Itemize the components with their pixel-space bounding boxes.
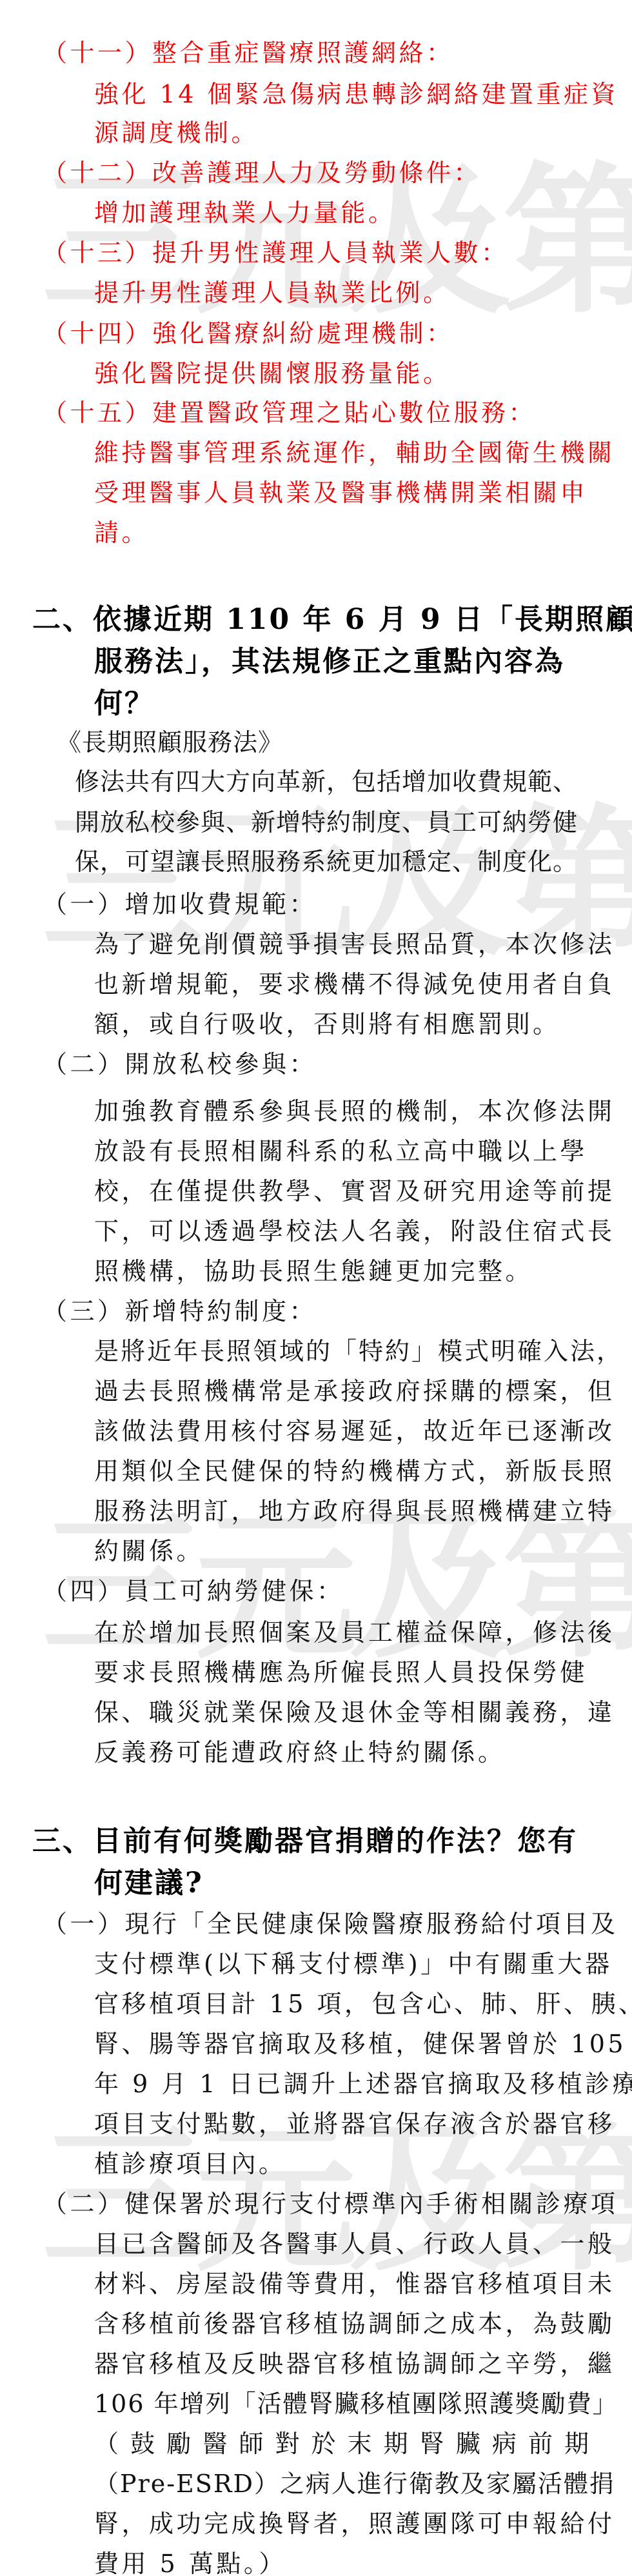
item-body-line: 用類似全民健保的特約機構方式，新版長照 bbox=[94, 1456, 615, 1486]
question-line: 何？ bbox=[94, 689, 155, 718]
item-title: 強化醫療糾紛處理機制： bbox=[152, 319, 454, 348]
question-line: 依據近期 110 年 6 月 9 日「長期照顧 bbox=[93, 603, 632, 636]
section-heading: 二、依據近期 110 年 6 月 9 日「長期照顧 bbox=[32, 605, 632, 635]
item-body-line: 是將近年長照領域的「特約」模式明確入法， bbox=[94, 1336, 623, 1366]
item-body-line: 提升男性護理人員執業比例。 bbox=[94, 278, 451, 308]
item-marker: （四） bbox=[43, 1577, 125, 1605]
item-body-line: 強化醫院提供關懷服務量能。 bbox=[94, 359, 451, 388]
item-heading: （十四）強化醫療糾紛處理機制： bbox=[43, 319, 454, 348]
item-marker: （一） bbox=[43, 1910, 125, 1938]
section-number: 三、 bbox=[32, 1825, 93, 1858]
intro-line: 保，可望讓長照服務系統更加穩定、制度化。 bbox=[75, 847, 578, 877]
intro-line: 修法共有四大方向革新，包括增加收費規範、 bbox=[75, 767, 578, 797]
item-body-line: 受理醫事人員執業及醫事機構開業相關申 bbox=[94, 478, 588, 508]
item-heading: （一）增加收費規範： bbox=[43, 889, 317, 919]
item-marker: （十一） bbox=[43, 39, 152, 67]
item-body-line: 反義務可能遭政府終止特約關係。 bbox=[94, 1738, 506, 1767]
item-heading: （四）員工可納勞健保： bbox=[43, 1576, 344, 1606]
item-marker: （十四） bbox=[43, 319, 152, 348]
item-heading: （十一）整合重症醫療照護網絡： bbox=[43, 38, 454, 68]
item-body-line: 下，可以透過學校法人名義，附設住宿式長 bbox=[94, 1216, 615, 1246]
item-body-line: 要求長照機構應為所僱長照人員投保勞健 bbox=[94, 1658, 588, 1687]
item-line: 現行「全民健康保險醫療服務給付項目及 bbox=[125, 1910, 618, 1938]
item-line: 支付標準(以下稱支付標準)」中有關重大器 bbox=[94, 1949, 613, 1979]
item-body-line: 服務法明訂，地方政府得與長照機構建立特 bbox=[94, 1496, 615, 1526]
item-title: 員工可納勞健保： bbox=[125, 1577, 344, 1605]
section-number: 二、 bbox=[32, 603, 93, 636]
item-body-line: 過去長照機構常是承接政府採購的標案，但 bbox=[94, 1376, 615, 1406]
item-body-line: 維持醫事管理系統運作，輔助全國衛生機關 bbox=[94, 438, 615, 468]
item-line: 年 9 月 1 日已調升上述器官摘取及移植診療 bbox=[94, 2069, 632, 2099]
item-heading: （三）新增特約制度： bbox=[43, 1296, 317, 1326]
intro-line: 開放私校參與、新增特約制度、員工可納勞健 bbox=[75, 807, 578, 837]
item-title: 新增特約制度： bbox=[125, 1297, 317, 1325]
item-body-line: 為了避免削價競爭損害長照品質，本次修法 bbox=[94, 929, 615, 959]
item-body-line: 強化 14 個緊急傷病患轉診網絡建置重症資 bbox=[94, 79, 618, 109]
item-marker: （二） bbox=[43, 1050, 125, 1078]
item-body-line: 照機構，協助長照生態鏈更加完整。 bbox=[94, 1256, 533, 1286]
item-heading: （十二）改善護理人力及勞動條件： bbox=[43, 158, 481, 188]
item-title: 開放私校參與： bbox=[125, 1050, 317, 1078]
item-title: 整合重症醫療照護網絡： bbox=[152, 39, 454, 67]
item-body-line: 該做法費用核付容易遲延，故近年已逐漸改 bbox=[94, 1416, 615, 1446]
item-line: （Pre-ESRD）之病人進行衛教及家屬活體捐 bbox=[94, 2469, 615, 2499]
item-body-line: 約關係。 bbox=[94, 1536, 204, 1566]
item-body-line: 校，在僅提供教學、實習及研究用途等前提 bbox=[94, 1176, 615, 1206]
item-line: 106 年增列「活體腎臟移植團隊照護獎勵費」 bbox=[94, 2389, 618, 2419]
item-line: 目已含醫師及各醫事人員、行政人員、一般 bbox=[94, 2229, 615, 2259]
item-line: 器官移植及反映器官移植協調師之辛勞，繼 bbox=[94, 2349, 615, 2379]
item-paragraph-first-line: （一）現行「全民健康保險醫療服務給付項目及 bbox=[43, 1909, 618, 1939]
item-marker: （十二） bbox=[43, 159, 152, 187]
item-line: 材料、房屋設備等費用，惟器官移植項目未 bbox=[94, 2269, 615, 2299]
item-line: 項目支付點數，並將器官保存液含於器官移 bbox=[94, 2109, 615, 2139]
question-line: 何建議? bbox=[94, 1868, 204, 1898]
item-marker: （二） bbox=[43, 2190, 125, 2218]
item-marker: （十五） bbox=[43, 399, 152, 427]
item-body-line: 在於增加長照個案及員工權益保障，修法後 bbox=[94, 1618, 615, 1647]
item-title: 提升男性護理人員執業人數： bbox=[152, 239, 509, 267]
item-heading: （二）開放私校參與： bbox=[43, 1049, 317, 1079]
item-line: 官移植項目計 15 項，包含心、肺、肝、胰、 bbox=[94, 1989, 632, 2019]
watermark-char: 第 bbox=[502, 158, 632, 326]
item-body-line: 請。 bbox=[94, 518, 149, 548]
item-marker: （十三） bbox=[43, 239, 152, 267]
item-body-line: 保、職災就業保險及退休金等相關義務，違 bbox=[94, 1698, 615, 1727]
item-title: 改善護理人力及勞動條件： bbox=[152, 159, 481, 187]
item-line: 植診療項目內。 bbox=[94, 2149, 286, 2179]
item-heading: （十五）建置醫政管理之貼心數位服務： bbox=[43, 398, 536, 428]
item-body-line: 增加護理執業人力量能。 bbox=[94, 198, 396, 228]
item-line: （ 鼓 勵 醫 師 對 於 末 期 腎 臟 病 前 期 bbox=[94, 2429, 591, 2459]
question-line: 服務法」，其法規修正之重點內容為 bbox=[94, 647, 565, 677]
item-line: 含移植前後器官移植協調師之成本，為鼓勵 bbox=[94, 2309, 615, 2339]
item-body-line: 額，或自行吸收，否則將有相應罰則。 bbox=[94, 1009, 560, 1039]
item-body-line: 也新增規範，要求機構不得減免使用者自負 bbox=[94, 969, 615, 999]
section-heading: 三、目前有何獎勵器官捐贈的作法？您有 bbox=[32, 1827, 578, 1856]
item-body-line: 加強教育體系參與長照的機制，本次修法開 bbox=[94, 1096, 615, 1126]
item-line: 腎、腸等器官摘取及移植，健保署曾於 105 bbox=[94, 2029, 626, 2059]
item-marker: （三） bbox=[43, 1297, 125, 1325]
source-citation: 《長期照顧服務法》 bbox=[57, 728, 283, 757]
item-paragraph-first-line: （二）健保署於現行支付標準內手術相關診療項 bbox=[43, 2189, 618, 2219]
item-title: 增加收費規範： bbox=[125, 890, 317, 918]
item-line: 健保署於現行支付標準內手術相關診療項 bbox=[125, 2190, 618, 2218]
item-body-line: 源調度機制。 bbox=[94, 118, 259, 148]
item-line: 費用 5 萬點。） bbox=[94, 2549, 286, 2576]
item-line: 腎，成功完成換腎者，照護團隊可申報給付 bbox=[94, 2509, 615, 2539]
question-line: 目前有何獎勵器官捐贈的作法？您有 bbox=[93, 1825, 578, 1858]
item-body-line: 放設有長照相關科系的私立高中職以上學 bbox=[94, 1136, 588, 1166]
item-title: 建置醫政管理之貼心數位服務： bbox=[152, 399, 536, 427]
item-marker: （一） bbox=[43, 890, 125, 918]
item-heading: （十三）提升男性護理人員執業人數： bbox=[43, 238, 509, 268]
